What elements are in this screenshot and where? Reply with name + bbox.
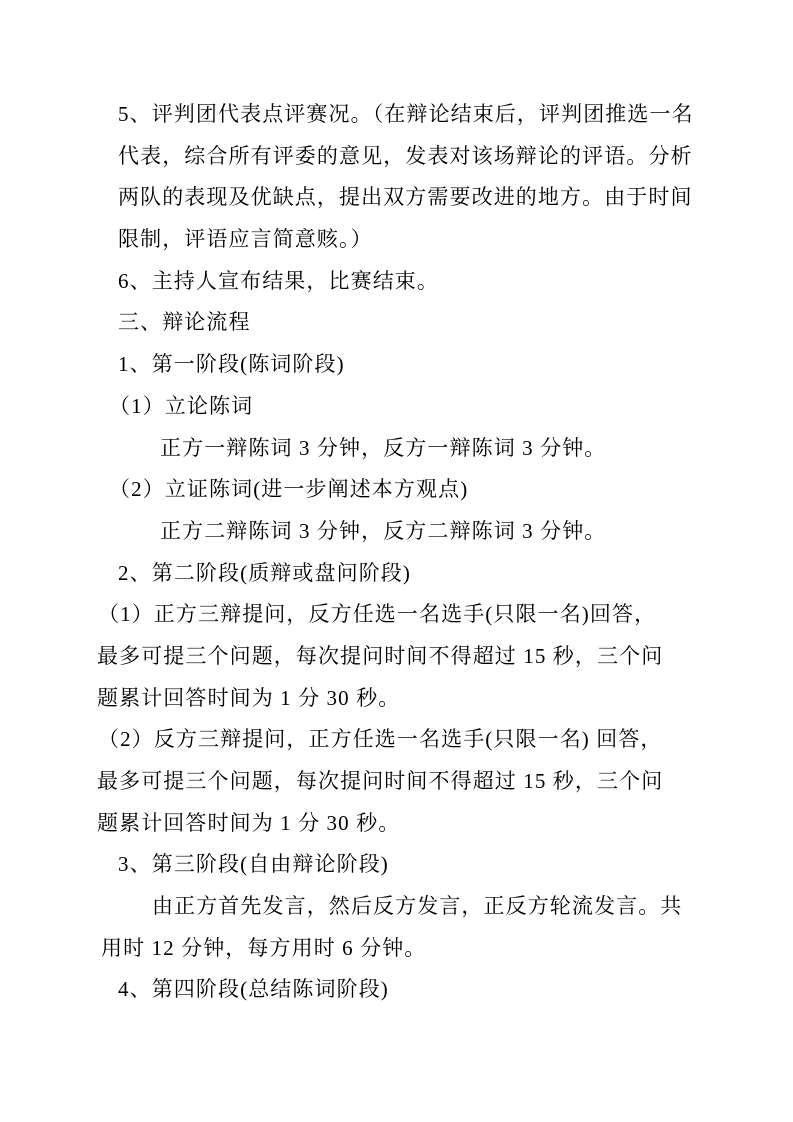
text-line: 最多可提三个问题，每次提问时间不得超过 15 秒，三个问 xyxy=(97,636,793,678)
paragraph-stage3-detail: 由正方首先发言，然后反方发言，正反方轮流发言。共 用时 12 分钟，每方用时 6… xyxy=(0,886,793,969)
paragraph-host-announce: 6、主持人宣布结果，比赛结束。 xyxy=(0,261,793,303)
text-line: （1）立论陈词 xyxy=(109,386,793,428)
paragraph-stage1-item2-detail: 正方二辩陈词 3 分钟，反方二辩陈词 3 分钟。 xyxy=(0,511,793,553)
text-line: 正方二辩陈词 3 分钟，反方二辩陈词 3 分钟。 xyxy=(160,511,793,553)
document-page: 5、评判团代表点评赛况。（在辩论结束后，评判团推选一名 代表，综合所有评委的意见… xyxy=(0,0,793,1122)
text-line: 1、第一阶段(陈词阶段) xyxy=(118,344,793,386)
document-text-block: 5、评判团代表点评赛况。（在辩论结束后，评判团推选一名 代表，综合所有评委的意见… xyxy=(0,94,793,1011)
text-line: 4、第四阶段(总结陈词阶段) xyxy=(118,969,793,1011)
heading-stage-4: 4、第四阶段(总结陈词阶段) xyxy=(0,969,793,1011)
text-line: 题累计回答时间为 1 分 30 秒。 xyxy=(97,803,793,845)
paragraph-stage1-item1-detail: 正方一辩陈词 3 分钟，反方一辩陈词 3 分钟。 xyxy=(0,428,793,470)
heading-stage-1: 1、第一阶段(陈词阶段) xyxy=(0,344,793,386)
paragraph-stage2-item1: （1）正方三辩提问，反方任选一名选手(只限一名)回答， 最多可提三个问题，每次提… xyxy=(0,594,793,719)
text-line: 题累计回答时间为 1 分 30 秒。 xyxy=(97,678,793,720)
subheading-stage1-item1: （1）立论陈词 xyxy=(0,386,793,428)
subheading-stage1-item2: （2）立证陈词(进一步阐述本方观点) xyxy=(0,469,793,511)
text-line: 两队的表现及优缺点，提出双方需要改进的地方。由于时间 xyxy=(118,177,793,219)
text-line: 正方一辩陈词 3 分钟，反方一辩陈词 3 分钟。 xyxy=(160,428,793,470)
text-line: 代表，综合所有评委的意见，发表对该场辩论的评语。分析 xyxy=(118,136,793,178)
text-line: 限制，评语应言简意赅。） xyxy=(118,219,793,261)
text-line: （2）立证陈词(进一步阐述本方观点) xyxy=(109,469,793,511)
text-line: 3、第三阶段(自由辩论阶段) xyxy=(118,844,793,886)
paragraph-stage2-item2: （2）反方三辩提问，正方任选一名选手(只限一名) 回答， 最多可提三个问题，每次… xyxy=(0,719,793,844)
text-line: 2、第二阶段(质辩或盘问阶段) xyxy=(118,553,793,595)
text-line: 6、主持人宣布结果，比赛结束。 xyxy=(118,261,793,303)
text-line: （1）正方三辩提问，反方任选一名选手(只限一名)回答， xyxy=(98,594,793,636)
heading-debate-process: 三、辩论流程 xyxy=(0,302,793,344)
text-line: 用时 12 分钟，每方用时 6 分钟。 xyxy=(101,928,793,970)
text-line: 由正方首先发言，然后反方发言，正反方轮流发言。共 xyxy=(152,886,793,928)
paragraph-judge-comments: 5、评判团代表点评赛况。（在辩论结束后，评判团推选一名 代表，综合所有评委的意见… xyxy=(0,94,793,261)
text-line: 最多可提三个问题，每次提问时间不得超过 15 秒，三个问 xyxy=(97,761,793,803)
heading-stage-3: 3、第三阶段(自由辩论阶段) xyxy=(0,844,793,886)
text-line: 5、评判团代表点评赛况。（在辩论结束后，评判团推选一名 xyxy=(118,94,793,136)
heading-stage-2: 2、第二阶段(质辩或盘问阶段) xyxy=(0,553,793,595)
text-line: 三、辩论流程 xyxy=(118,302,793,344)
text-line: （2）反方三辩提问，正方任选一名选手(只限一名) 回答， xyxy=(98,719,793,761)
